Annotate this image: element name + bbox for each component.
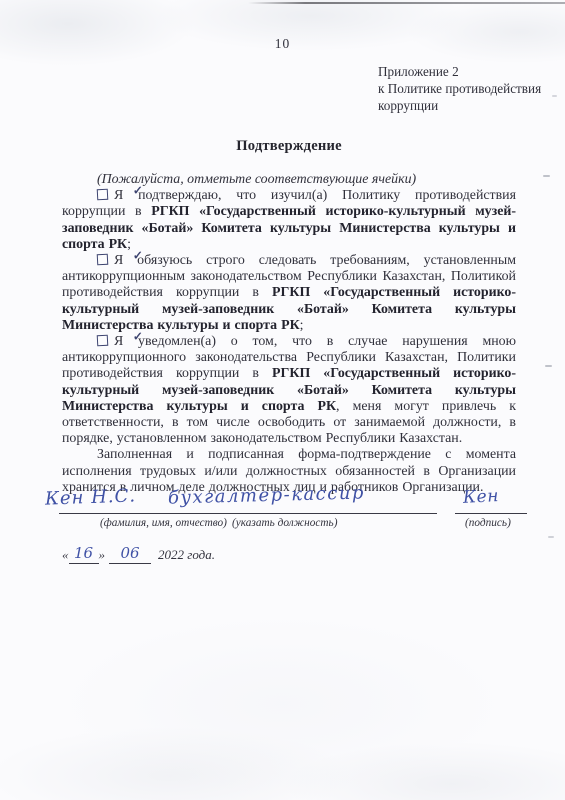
scan-mark-artifact <box>548 536 554 538</box>
scanned-document-page: 10 Приложение 2 к Политике противодейств… <box>0 0 565 800</box>
date-day-handwritten: 16 <box>74 544 93 562</box>
appendix-note: Приложение 2 к Политике противодействия … <box>378 64 553 114</box>
position-label: (указать должность) <box>232 517 337 529</box>
appendix-line: коррупции <box>378 98 553 115</box>
signature-name-handwritten: Кен Н.С. <box>45 485 137 509</box>
paragraph-confirm-studied: ✓Я подтверждаю, что изучил(а) Политику п… <box>62 188 516 253</box>
check-mark-icon: ✓ <box>98 328 143 345</box>
date-month-handwritten: 06 <box>120 544 139 562</box>
date-month-slot: 06 <box>109 545 151 564</box>
checked-checkbox-icon: ✓ <box>97 254 109 266</box>
paragraph-notified: ✓Я уведомлен(а) о том, что в случае нару… <box>62 334 516 447</box>
checked-checkbox-icon: ✓ <box>97 335 109 347</box>
document-body: Подтверждение (Пожалуйста, отметьте соот… <box>62 138 516 496</box>
signature-handwritten: Кен <box>463 486 500 508</box>
paragraph-text: ; <box>300 318 304 333</box>
scan-mark-artifact <box>545 365 552 367</box>
appendix-line: к Политике противодействия <box>378 81 553 98</box>
scan-edge-artifact <box>248 2 565 4</box>
date-line: «16»062022 года. <box>62 545 215 564</box>
check-mark-icon: ✓ <box>98 247 143 264</box>
paragraph-commit-follow: ✓Я обязуюсь строго следовать требованиям… <box>62 253 516 334</box>
scan-mark-artifact <box>543 175 550 177</box>
date-close-quote: » <box>99 547 106 562</box>
fio-label: (фамилия, имя, отчество) <box>100 517 227 529</box>
date-year-text: 2022 года. <box>158 547 215 562</box>
date-day-slot: 16 <box>69 545 99 564</box>
document-title: Подтверждение <box>62 138 516 155</box>
checked-checkbox-icon: ✓ <box>97 189 109 201</box>
signature-label: (подпись) <box>465 517 511 529</box>
page-number: 10 <box>0 36 565 52</box>
appendix-line: Приложение 2 <box>378 64 553 81</box>
check-mark-icon: ✓ <box>98 182 143 199</box>
